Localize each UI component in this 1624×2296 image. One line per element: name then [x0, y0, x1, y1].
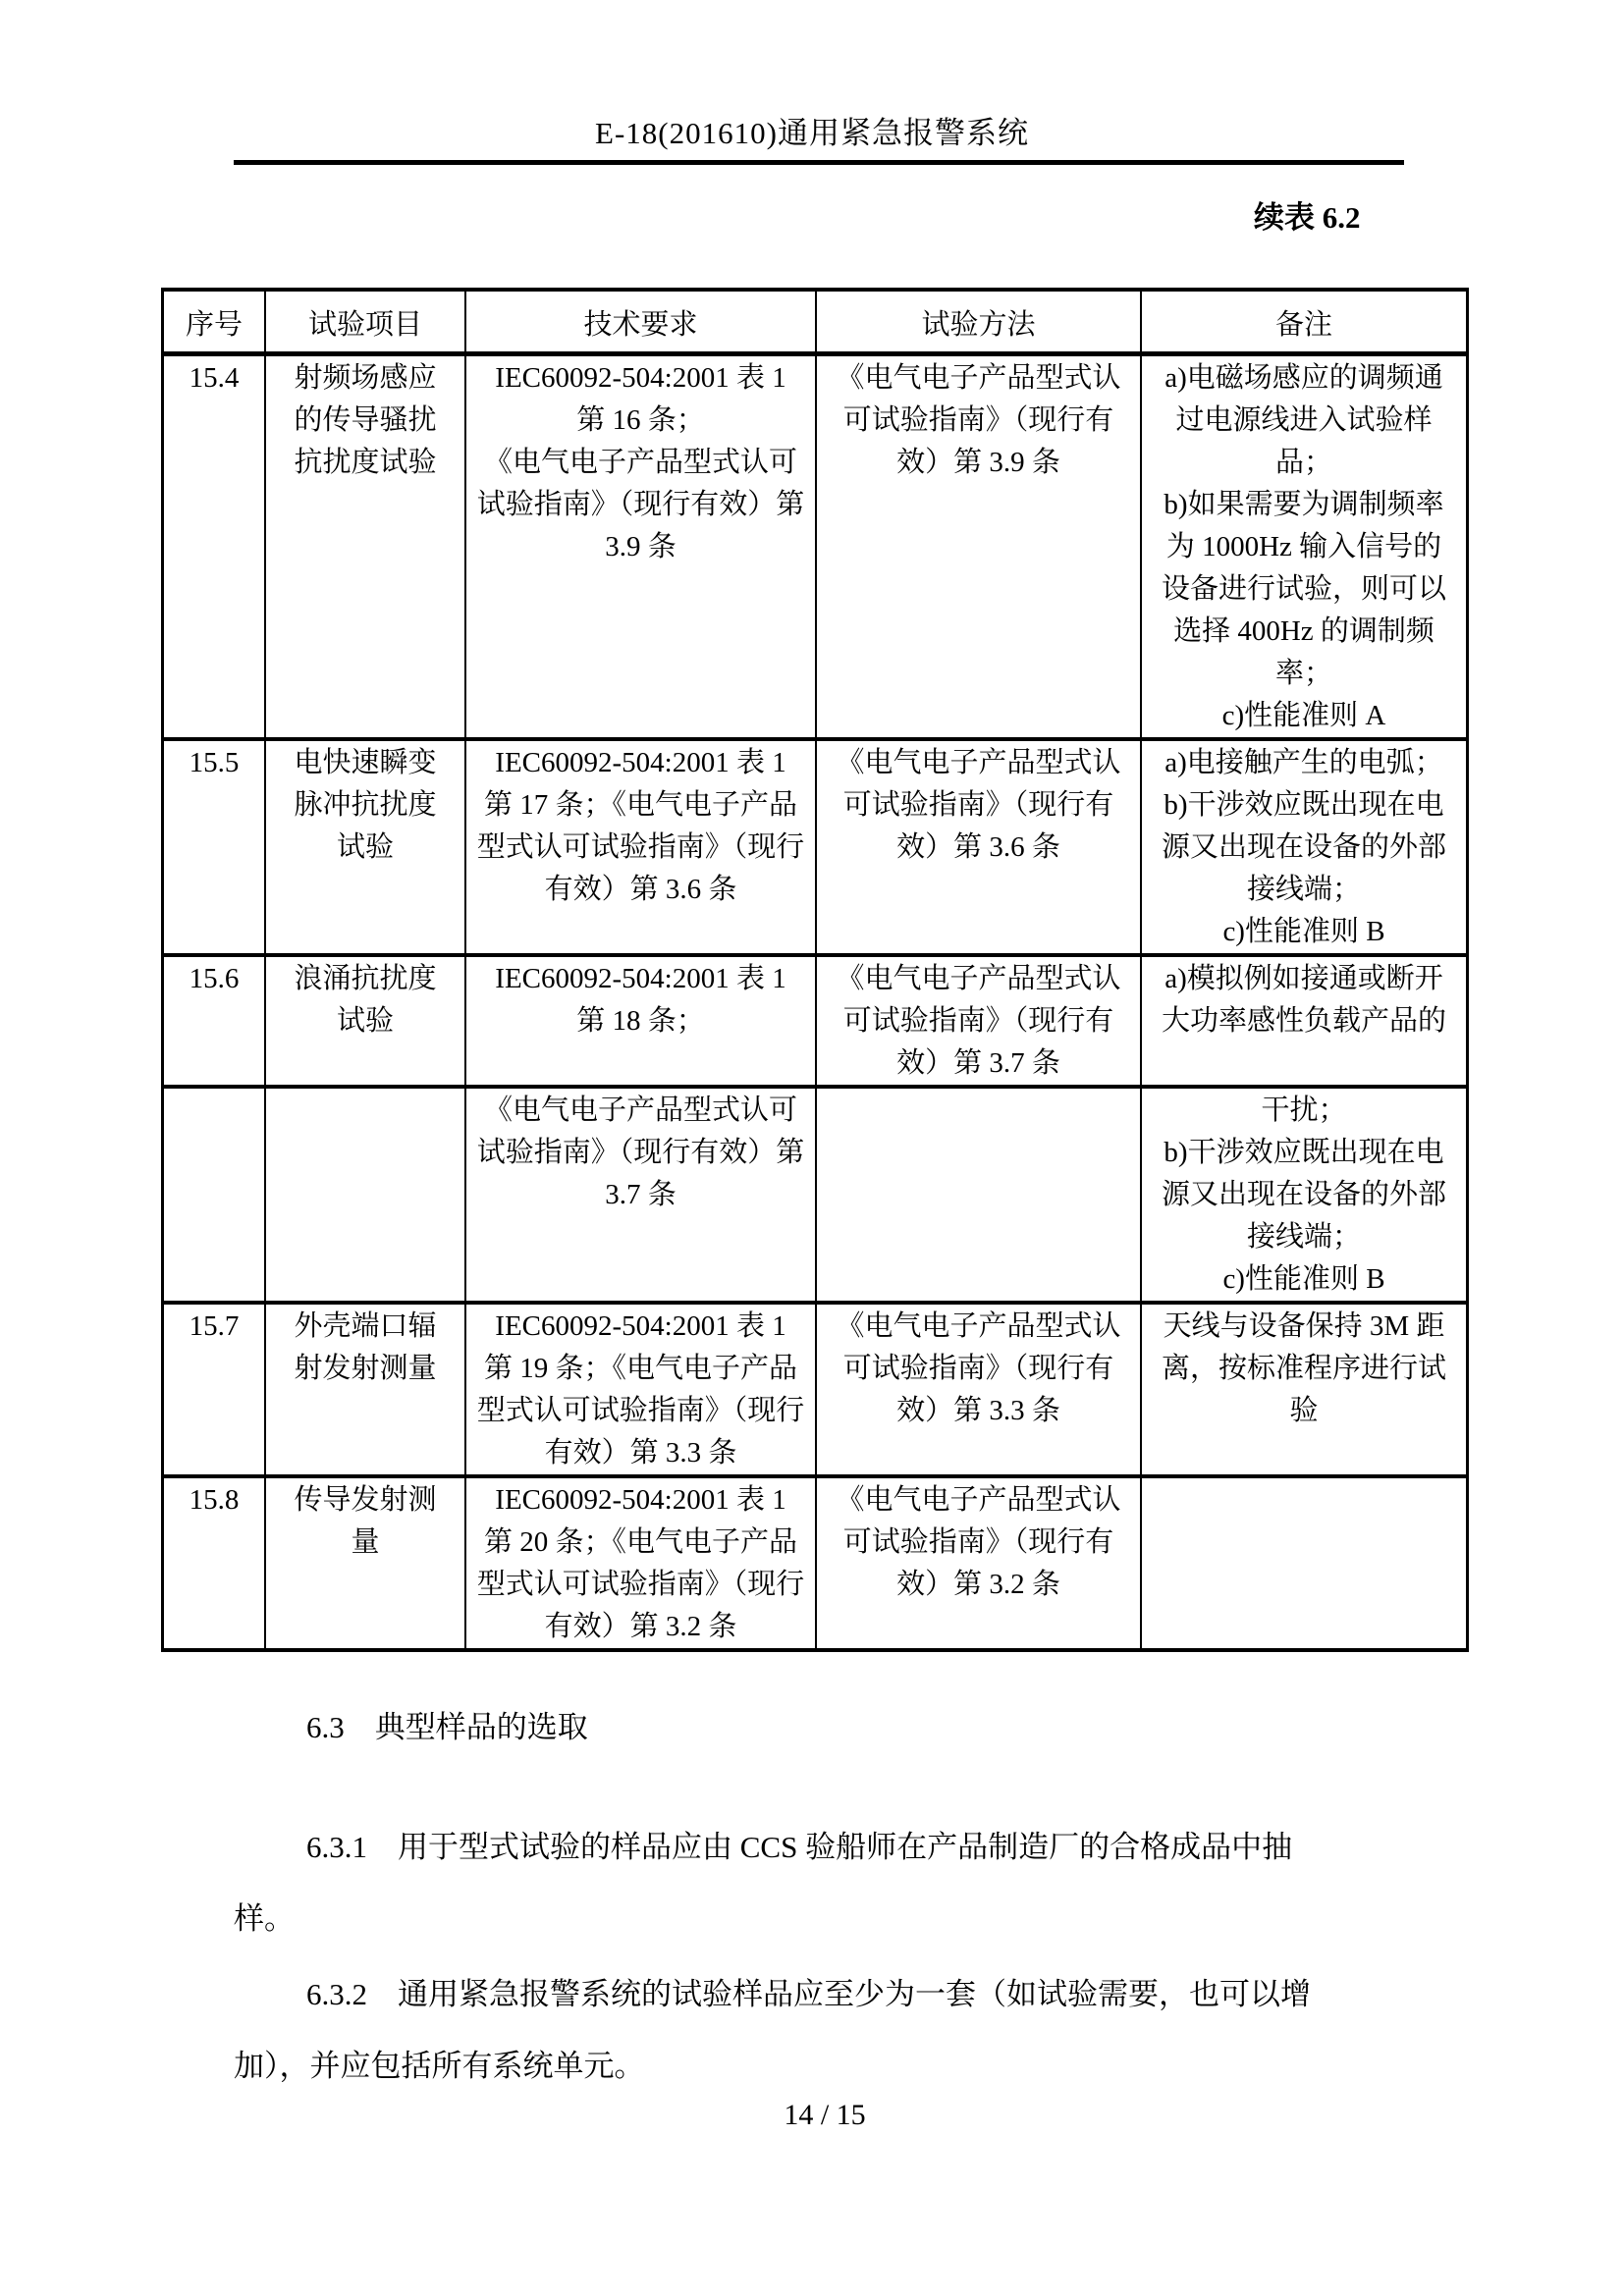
cell-line: 干扰；	[1146, 1090, 1462, 1132]
section-heading-6-3: 6.3 典型样品的选取	[234, 1708, 1477, 1747]
cell-line: 有效）第 3.2 条	[470, 1606, 811, 1648]
table-cell	[265, 1087, 465, 1303]
table-cell	[163, 1087, 266, 1303]
table-row: 15.5电快速瞬变脉冲抗扰度试验IEC60092-504:2001 表 1第 1…	[163, 739, 1468, 955]
table-cell: 电快速瞬变脉冲抗扰度试验	[265, 739, 465, 955]
cell-line: IEC60092-504:2001 表 1	[470, 1306, 811, 1348]
cell-line: 浪涌抗扰度	[270, 958, 460, 1000]
cell-line: 接线端；	[1146, 869, 1462, 911]
cell-line: 第 16 条；	[470, 400, 811, 442]
cell-line: 可试验指南》（现行有	[821, 1522, 1136, 1564]
cell-line: 可试验指南》（现行有	[821, 400, 1136, 442]
cell-line: 试验	[270, 827, 460, 869]
table-cell: 干扰；b)干涉效应既出现在电源又出现在设备的外部接线端；c)性能准则 B	[1141, 1087, 1468, 1303]
cell-line: 15.7	[168, 1306, 260, 1348]
cell-line: 《电气电子产品型式认	[821, 1479, 1136, 1522]
column-header: 试验项目	[265, 290, 465, 354]
cell-line: 《电气电子产品型式认可	[470, 1090, 811, 1132]
cell-line: 可试验指南》（现行有	[821, 1348, 1136, 1390]
column-header: 试验方法	[816, 290, 1141, 354]
cell-line: 试验指南》（现行有效）第	[470, 1132, 811, 1174]
cell-line: 抗扰度试验	[270, 442, 460, 484]
cell-line: 效）第 3.2 条	[821, 1564, 1136, 1606]
cell-line: 传导发射测	[270, 1479, 460, 1522]
table-cell: 《电气电子产品型式认可试验指南》（现行有效）第 3.7 条	[816, 955, 1141, 1087]
table-cell: 15.4	[163, 354, 266, 740]
cell-line: 15.8	[168, 1479, 260, 1522]
cell-line: 15.6	[168, 958, 260, 1000]
table-cell: IEC60092-504:2001 表 1第 18 条；	[465, 955, 816, 1087]
table-cell: a)模拟例如接通或断开大功率感性负载产品的	[1141, 955, 1468, 1087]
test-items-table: 序号试验项目技术要求试验方法备注 15.4射频场感应的传导骚扰抗扰度试验IEC6…	[161, 288, 1469, 1652]
document-header-title: E-18(201610)通用紧急报警系统	[0, 116, 1624, 151]
cell-line: 《电气电子产品型式认	[821, 1306, 1136, 1348]
table-cell: IEC60092-504:2001 表 1第 20 条；《电气电子产品型式认可试…	[465, 1476, 816, 1650]
cell-line: 外壳端口辐	[270, 1306, 460, 1348]
cell-line: 《电气电子产品型式认	[821, 742, 1136, 784]
cell-line: 15.5	[168, 742, 260, 784]
table-cell: 15.5	[163, 739, 266, 955]
table-cell: 《电气电子产品型式认可试验指南》（现行有效）第 3.3 条	[816, 1303, 1141, 1476]
table-row: 15.7外壳端口辐射发射测量IEC60092-504:2001 表 1第 19 …	[163, 1303, 1468, 1476]
table-cell	[1141, 1476, 1468, 1650]
cell-line: 《电气电子产品型式认	[821, 958, 1136, 1000]
cell-line: 可试验指南》（现行有	[821, 1000, 1136, 1042]
column-header: 技术要求	[465, 290, 816, 354]
cell-line: 效）第 3.9 条	[821, 442, 1136, 484]
cell-line: a)电接触产生的电弧；	[1146, 742, 1462, 784]
cell-line: 过电源线进入试验样	[1146, 400, 1462, 442]
table-cell: 《电气电子产品型式认可试验指南》（现行有效）第 3.6 条	[816, 739, 1141, 955]
cell-line: 有效）第 3.3 条	[470, 1432, 811, 1474]
cell-line: 型式认可试验指南》（现行	[470, 1564, 811, 1606]
cell-line: c)性能准则 B	[1146, 911, 1462, 953]
cell-line: IEC60092-504:2001 表 1	[470, 958, 811, 1000]
cell-line: 接线端；	[1146, 1216, 1462, 1258]
cell-line: IEC60092-504:2001 表 1	[470, 742, 811, 784]
table-cell: IEC60092-504:2001 表 1第 19 条；《电气电子产品型式认可试…	[465, 1303, 816, 1476]
cell-line: 设备进行试验，则可以	[1146, 568, 1462, 611]
cell-line: a)模拟例如接通或断开	[1146, 958, 1462, 1000]
cell-line: 的传导骚扰	[270, 400, 460, 442]
cell-line: 第 20 条；《电气电子产品	[470, 1522, 811, 1564]
cell-line: a)电磁场感应的调频通	[1146, 357, 1462, 400]
cell-line: 型式认可试验指南》（现行	[470, 827, 811, 869]
paragraph-6-3-2-line-2: 加），并应包括所有系统单元。	[234, 2047, 1404, 2086]
table-cell: 传导发射测量	[265, 1476, 465, 1650]
table-cell: 15.6	[163, 955, 266, 1087]
cell-line: 量	[270, 1522, 460, 1564]
paragraph-6-3-2-line-1: 6.3.2 通用紧急报警系统的试验样品应至少为一套（如试验需要，也可以增	[234, 1975, 1477, 2014]
cell-line: 有效）第 3.6 条	[470, 869, 811, 911]
table-row: 《电气电子产品型式认可试验指南》（现行有效）第3.7 条干扰；b)干涉效应既出现…	[163, 1087, 1468, 1303]
cell-line: 验	[1146, 1390, 1462, 1432]
table-cell: a)电接触产生的电弧；b)干涉效应既出现在电源又出现在设备的外部接线端；c)性能…	[1141, 739, 1468, 955]
table-cell: IEC60092-504:2001 表 1第 16 条；《电气电子产品型式认可试…	[465, 354, 816, 740]
cell-line: 效）第 3.6 条	[821, 827, 1136, 869]
table-cell: 《电气电子产品型式认可试验指南》（现行有效）第 3.2 条	[816, 1476, 1141, 1650]
cell-line: 率；	[1146, 653, 1462, 695]
paragraph-6-3-1-line-1: 6.3.1 用于型式试验的样品应由 CCS 验船师在产品制造厂的合格成品中抽	[234, 1828, 1477, 1867]
table-header: 序号试验项目技术要求试验方法备注	[163, 290, 1468, 354]
cell-line: b)干涉效应既出现在电	[1146, 784, 1462, 827]
cell-line: 第 18 条；	[470, 1000, 811, 1042]
cell-line: 型式认可试验指南》（现行	[470, 1390, 811, 1432]
table-row: 15.4射频场感应的传导骚扰抗扰度试验IEC60092-504:2001 表 1…	[163, 354, 1468, 740]
cell-line: 选择 400Hz 的调制频	[1146, 611, 1462, 653]
cell-line: c)性能准则 B	[1146, 1258, 1462, 1301]
cell-line: 天线与设备保持 3M 距	[1146, 1306, 1462, 1348]
cell-line: 射频场感应	[270, 357, 460, 400]
cell-line: 《电气电子产品型式认	[821, 357, 1136, 400]
table-cell: 浪涌抗扰度试验	[265, 955, 465, 1087]
column-header: 序号	[163, 290, 266, 354]
table-cell: 15.8	[163, 1476, 266, 1650]
cell-line: 品；	[1146, 442, 1462, 484]
cell-line: 源又出现在设备的外部	[1146, 1174, 1462, 1216]
table-cell: a)电磁场感应的调频通过电源线进入试验样品；b)如果需要为调制频率为 1000H…	[1141, 354, 1468, 740]
table-cell	[816, 1087, 1141, 1303]
cell-line: c)性能准则 A	[1146, 695, 1462, 737]
table-cell: 《电气电子产品型式认可试验指南》（现行有效）第 3.9 条	[816, 354, 1141, 740]
cell-line: 效）第 3.3 条	[821, 1390, 1136, 1432]
table-caption: 续表 6.2	[1254, 199, 1361, 237]
cell-line: 3.9 条	[470, 526, 811, 568]
cell-line: 脉冲抗扰度	[270, 784, 460, 827]
header-divider-rule	[234, 160, 1404, 165]
table-cell: 《电气电子产品型式认可试验指南》（现行有效）第3.7 条	[465, 1087, 816, 1303]
cell-line: 15.4	[168, 357, 260, 400]
cell-line: 《电气电子产品型式认可	[470, 442, 811, 484]
table-cell: 外壳端口辐射发射测量	[265, 1303, 465, 1476]
page-number: 14 / 15	[0, 2099, 1624, 2132]
table-cell: 天线与设备保持 3M 距离，按标准程序进行试验	[1141, 1303, 1468, 1476]
cell-line: 源又出现在设备的外部	[1146, 827, 1462, 869]
cell-line: 3.7 条	[470, 1174, 811, 1216]
column-header: 备注	[1141, 290, 1468, 354]
cell-line: 可试验指南》（现行有	[821, 784, 1136, 827]
cell-line: 电快速瞬变	[270, 742, 460, 784]
cell-line: b)干涉效应既出现在电	[1146, 1132, 1462, 1174]
cell-line: IEC60092-504:2001 表 1	[470, 1479, 811, 1522]
table-row: 15.6浪涌抗扰度试验IEC60092-504:2001 表 1第 18 条；《…	[163, 955, 1468, 1087]
paragraph-6-3-1-line-2: 样。	[234, 1899, 1404, 1939]
cell-line: 第 19 条；《电气电子产品	[470, 1348, 811, 1390]
table-cell: 射频场感应的传导骚扰抗扰度试验	[265, 354, 465, 740]
table-row: 15.8传导发射测量IEC60092-504:2001 表 1第 20 条；《电…	[163, 1476, 1468, 1650]
cell-line: 射发射测量	[270, 1348, 460, 1390]
cell-line: 效）第 3.7 条	[821, 1042, 1136, 1085]
cell-line: 第 17 条；《电气电子产品	[470, 784, 811, 827]
cell-line: 大功率感性负载产品的	[1146, 1000, 1462, 1042]
cell-line: b)如果需要为调制频率	[1146, 484, 1462, 526]
table-header-row: 序号试验项目技术要求试验方法备注	[163, 290, 1468, 354]
cell-line: 离，按标准程序进行试	[1146, 1348, 1462, 1390]
cell-line: 试验指南》（现行有效）第	[470, 484, 811, 526]
cell-line: 为 1000Hz 输入信号的	[1146, 526, 1462, 568]
cell-line: IEC60092-504:2001 表 1	[470, 357, 811, 400]
cell-line: 试验	[270, 1000, 460, 1042]
table-cell: IEC60092-504:2001 表 1第 17 条；《电气电子产品型式认可试…	[465, 739, 816, 955]
table-body: 15.4射频场感应的传导骚扰抗扰度试验IEC60092-504:2001 表 1…	[163, 354, 1468, 1651]
document-page: E-18(201610)通用紧急报警系统 续表 6.2 序号试验项目技术要求试验…	[0, 0, 1624, 2296]
table-cell: 15.7	[163, 1303, 266, 1476]
